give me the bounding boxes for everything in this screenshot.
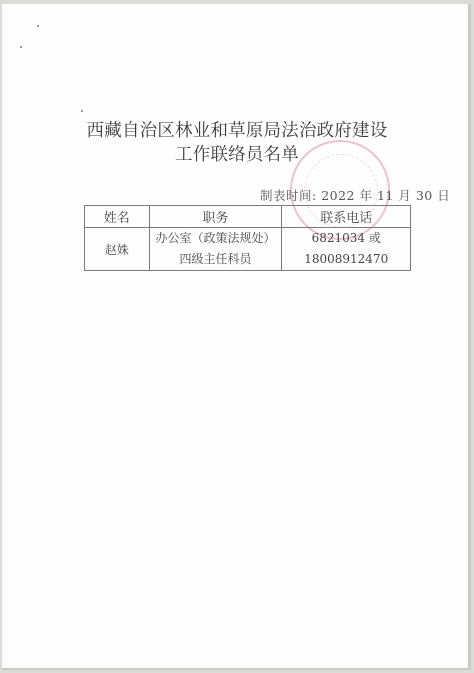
header-position: 职务	[149, 206, 282, 228]
cell-name: 赵姝	[85, 228, 150, 271]
phone-line1: 6821034 或	[282, 228, 410, 249]
table-header-row: 姓名 职务 联系电话	[85, 206, 411, 228]
contact-table: 姓名 职务 联系电话 赵姝 办公室（政策法规处） 四级主任科员 6821034 …	[84, 205, 411, 271]
document-title: 西藏自治区林业和草原局法治政府建设	[0, 117, 474, 142]
scan-speck	[37, 25, 39, 27]
cell-position: 办公室（政策法规处） 四级主任科员	[149, 228, 282, 271]
table-row: 赵姝 办公室（政策法规处） 四级主任科员 6821034 或 180089124…	[85, 228, 411, 271]
position-line2: 四级主任科员	[150, 249, 282, 270]
date-value: 2022 年 11 月 30 日	[321, 188, 450, 203]
header-phone: 联系电话	[282, 206, 411, 228]
cell-phone: 6821034 或 18008912470	[282, 228, 411, 271]
document-subtitle: 工作联络员名单	[0, 141, 474, 166]
scan-speck	[81, 110, 83, 112]
date-line: 制表时间: 2022 年 11 月 30 日	[260, 186, 450, 204]
date-label: 制表时间:	[260, 188, 317, 203]
header-name: 姓名	[85, 206, 150, 228]
document-page	[2, 4, 471, 670]
position-line1: 办公室（政策法规处）	[150, 228, 282, 249]
phone-line2: 18008912470	[282, 249, 410, 270]
scan-speck	[20, 46, 22, 48]
